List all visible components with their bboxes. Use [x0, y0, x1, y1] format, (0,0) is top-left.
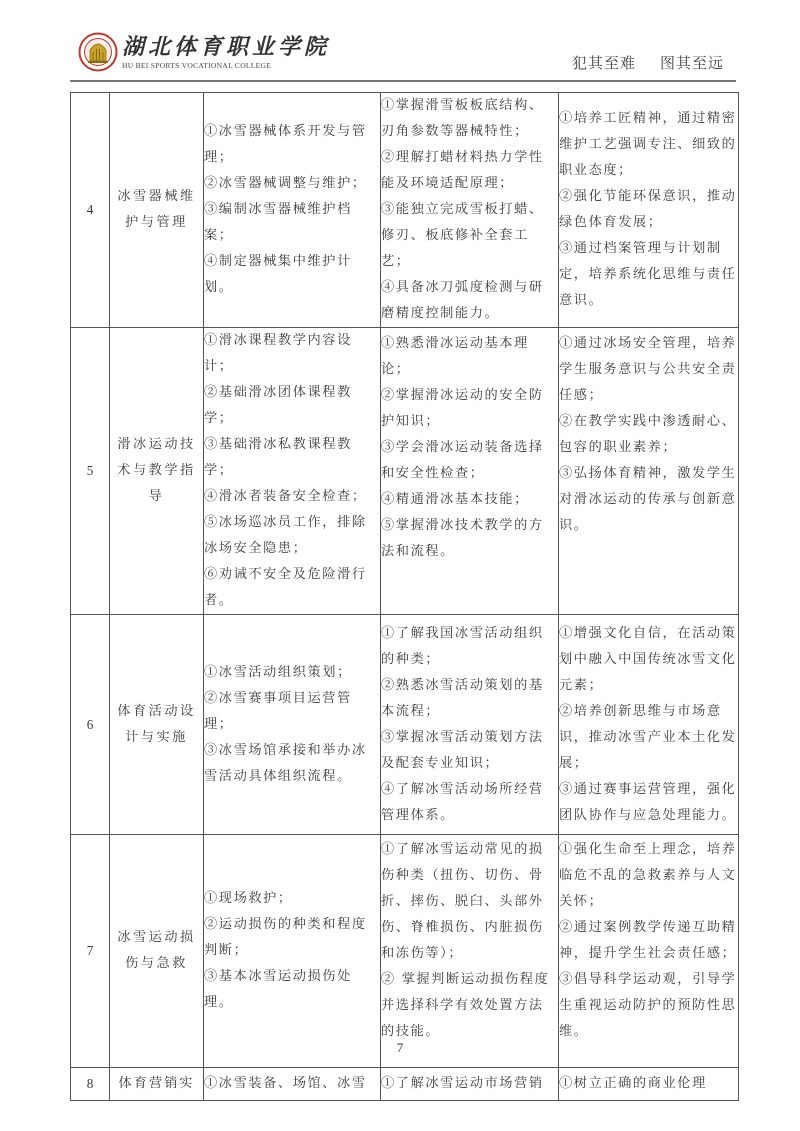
- curriculum-table: 4 冰雪器械维护与管理 ①冰雪器械体系开发与管理； ②冰雪器械调整与维护； ③编…: [70, 92, 739, 1101]
- row-number: 5: [71, 328, 110, 615]
- table-row: 5 滑冰运动技术与教学指导 ①滑冰课程教学内容设计； ②基础滑冰团体课程教学； …: [71, 328, 739, 615]
- table-row: 6 体育活动设计与实施 ①冰雪活动组织策划； ②冰雪赛事项目运营管理； ③冰雪场…: [71, 615, 739, 835]
- task-name: 体育活动设计与实施: [110, 615, 204, 835]
- work-task-item: ①现场救护；: [204, 886, 380, 912]
- work-task-item: ③基本冰雪运动损伤处理。: [204, 964, 380, 1016]
- work-tasks-cell: ①冰雪器械体系开发与管理； ②冰雪器械调整与维护； ③编制冰雪器械维护档案； ④…: [204, 93, 381, 328]
- row-number: 4: [71, 93, 110, 328]
- work-task-item: ④滑冰者装备安全检查；: [204, 484, 380, 510]
- work-task-item: ①冰雪装备、场馆、冰雪: [204, 1071, 380, 1097]
- work-task-item: ⑤冰场巡冰员工作，排除冰场安全隐患；: [204, 510, 380, 562]
- header-divider: [70, 80, 736, 82]
- work-task-item: ②运动损伤的种类和程度判断；: [204, 912, 380, 964]
- task-name: 滑冰运动技术与教学指导: [110, 328, 204, 615]
- table-row: 7 冰雪运动损伤与急救 ①现场救护； ②运动损伤的种类和程度判断； ③基本冰雪运…: [71, 835, 739, 1068]
- knowledge-item: ⑤掌握滑冰技术教学的方法和流程。: [381, 513, 558, 565]
- knowledge-item: ①了解冰雪运动市场营销: [381, 1071, 558, 1097]
- college-name-cn: 湖北体育职业学院: [122, 34, 330, 60]
- knowledge-item: ④了解冰雪活动场所经营管理体系。: [381, 777, 558, 829]
- task-name: 冰雪运动损伤与急救: [110, 835, 204, 1068]
- curriculum-table-body: 4 冰雪器械维护与管理 ①冰雪器械体系开发与管理； ②冰雪器械调整与维护； ③编…: [71, 93, 739, 1101]
- quality-item: ③通过赛事运营管理，强化团队协作与应急处理能力。: [559, 777, 738, 829]
- quality-item: ②培养创新思维与市场意识，推动冰雪产业本土化发展；: [559, 699, 738, 777]
- knowledge-item: ③掌握冰雪活动策划方法及配套专业知识；: [381, 725, 558, 777]
- knowledge-item: ①了解冰雪运动常见的损伤种类（扭伤、切伤、骨折、摔伤、脱臼、头部外伤、脊椎损伤、…: [381, 837, 558, 967]
- work-task-item: ①冰雪活动组织策划；: [204, 660, 380, 686]
- quality-cell: ①增强文化自信，在活动策划中融入中国传统冰雪文化元素； ②培养创新思维与市场意识…: [559, 615, 739, 835]
- knowledge-item: ④具备冰刀弧度检测与研磨精度控制能力。: [381, 275, 558, 327]
- quality-item: ③倡导科学运动观，引导学生重视运动防护的预防性思维。: [559, 967, 738, 1045]
- knowledge-item: ②熟悉冰雪活动策划的基本流程；: [381, 673, 558, 725]
- knowledge-item: ④精通滑冰基本技能；: [381, 487, 558, 513]
- work-task-item: ②基础滑冰团体课程教学；: [204, 380, 380, 432]
- college-emblem-icon: [78, 32, 118, 72]
- quality-item: ③通过档案管理与计划制定，培养系统化思维与责任意识。: [559, 236, 738, 314]
- knowledge-cell: ①了解冰雪运动常见的损伤种类（扭伤、切伤、骨折、摔伤、脱臼、头部外伤、脊椎损伤、…: [381, 835, 559, 1068]
- knowledge-item: ③学会滑冰运动装备选择和安全性检查；: [381, 435, 558, 487]
- knowledge-item: ③能独立完成雪板打蜡、修刃、板底修补全套工艺；: [381, 197, 558, 275]
- table-row: 4 冰雪器械维护与管理 ①冰雪器械体系开发与管理； ②冰雪器械调整与维护； ③编…: [71, 93, 739, 328]
- row-number: 8: [71, 1068, 110, 1101]
- task-name: 体育营销实: [110, 1068, 204, 1101]
- table-row: 8 体育营销实 ①冰雪装备、场馆、冰雪 ①了解冰雪运动市场营销 ①树立正确的商业…: [71, 1068, 739, 1101]
- work-tasks-cell: ①滑冰课程教学内容设计； ②基础滑冰团体课程教学； ③基础滑冰私教课程教学； ④…: [204, 328, 381, 615]
- quality-cell: ①树立正确的商业伦理: [559, 1068, 739, 1101]
- quality-item: ②强化节能环保意识，推动绿色体育发展；: [559, 184, 738, 236]
- college-name-en: HU BEI SPORTS VOCATIONAL COLLEGE: [122, 61, 330, 71]
- quality-item: ①培养工匠精神，通过精密维护工艺强调专注、细致的职业态度；: [559, 106, 738, 184]
- college-logo-text: 湖北体育职业学院 HU BEI SPORTS VOCATIONAL COLLEG…: [122, 34, 330, 71]
- quality-cell: ①通过冰场安全管理，培养学生服务意识与公共安全责任感； ②在教学实践中渗透耐心、…: [559, 328, 739, 615]
- work-task-item: ③基础滑冰私教课程教学；: [204, 432, 380, 484]
- knowledge-cell: ①掌握滑雪板板底结构、刃角参数等器械特性； ②理解打蜡材料热力学性能及环境适配原…: [381, 93, 559, 328]
- work-task-item: ①冰雪器械体系开发与管理；: [204, 119, 380, 171]
- quality-cell: ①强化生命至上理念，培养临危不乱的急救素养与人文关怀； ②通过案例教学传递互助精…: [559, 835, 739, 1068]
- work-task-item: ⑥劝诫不安全及危险滑行者。: [204, 562, 380, 614]
- knowledge-item: ②理解打蜡材料热力学性能及环境适配原理；: [381, 145, 558, 197]
- knowledge-item: ①掌握滑雪板板底结构、刃角参数等器械特性；: [381, 93, 558, 145]
- knowledge-item: ①了解我国冰雪活动组织的种类；: [381, 621, 558, 673]
- knowledge-cell: ①熟悉滑冰运动基本理论； ②掌握滑冰运动的安全防护知识； ③学会滑冰运动装备选择…: [381, 328, 559, 615]
- work-task-item: ①滑冰课程教学内容设计；: [204, 328, 380, 380]
- row-number: 6: [71, 615, 110, 835]
- knowledge-cell: ①了解我国冰雪活动组织的种类； ②熟悉冰雪活动策划的基本流程； ③掌握冰雪活动策…: [381, 615, 559, 835]
- quality-item: ①通过冰场安全管理，培养学生服务意识与公共安全责任感；: [559, 331, 738, 409]
- work-task-item: ③编制冰雪器械维护档案；: [204, 197, 380, 249]
- task-name: 冰雪器械维护与管理: [110, 93, 204, 328]
- motto-part-1: 犯其至难: [572, 54, 636, 72]
- page-number: 7: [0, 1040, 800, 1056]
- quality-item: ①增强文化自信，在活动策划中融入中国传统冰雪文化元素；: [559, 621, 738, 699]
- work-task-item: ③冰雪场馆承接和举办冰雪活动具体组织流程。: [204, 738, 380, 790]
- work-task-item: ④制定器械集中维护计划。: [204, 249, 380, 301]
- work-tasks-cell: ①现场救护； ②运动损伤的种类和程度判断； ③基本冰雪运动损伤处理。: [204, 835, 381, 1068]
- knowledge-item: ②掌握滑冰运动的安全防护知识；: [381, 383, 558, 435]
- quality-item: ②在教学实践中渗透耐心、包容的职业素养；: [559, 409, 738, 461]
- knowledge-item: ①熟悉滑冰运动基本理论；: [381, 331, 558, 383]
- quality-item: ③弘扬体育精神，激发学生对滑冰运动的传承与创新意识。: [559, 461, 738, 539]
- knowledge-item: ② 掌握判断运动损伤程度并选择科学有效处置方法的技能。: [381, 967, 558, 1045]
- quality-item: ①强化生命至上理念，培养临危不乱的急救素养与人文关怀；: [559, 837, 738, 915]
- college-motto: 犯其至难图其至远: [572, 52, 724, 73]
- work-tasks-cell: ①冰雪装备、场馆、冰雪: [204, 1068, 381, 1101]
- motto-part-2: 图其至远: [660, 54, 724, 72]
- knowledge-cell: ①了解冰雪运动市场营销: [381, 1068, 559, 1101]
- page-header: 湖北体育职业学院 HU BEI SPORTS VOCATIONAL COLLEG…: [70, 28, 738, 78]
- quality-cell: ①培养工匠精神，通过精密维护工艺强调专注、细致的职业态度； ②强化节能环保意识，…: [559, 93, 739, 328]
- row-number: 7: [71, 835, 110, 1068]
- quality-item: ②通过案例教学传递互助精神，提升学生社会责任感；: [559, 915, 738, 967]
- quality-item: ①树立正确的商业伦理: [559, 1071, 738, 1097]
- work-task-item: ②冰雪器械调整与维护；: [204, 171, 380, 197]
- work-tasks-cell: ①冰雪活动组织策划； ②冰雪赛事项目运营管理； ③冰雪场馆承接和举办冰雪活动具体…: [204, 615, 381, 835]
- work-task-item: ②冰雪赛事项目运营管理；: [204, 686, 380, 738]
